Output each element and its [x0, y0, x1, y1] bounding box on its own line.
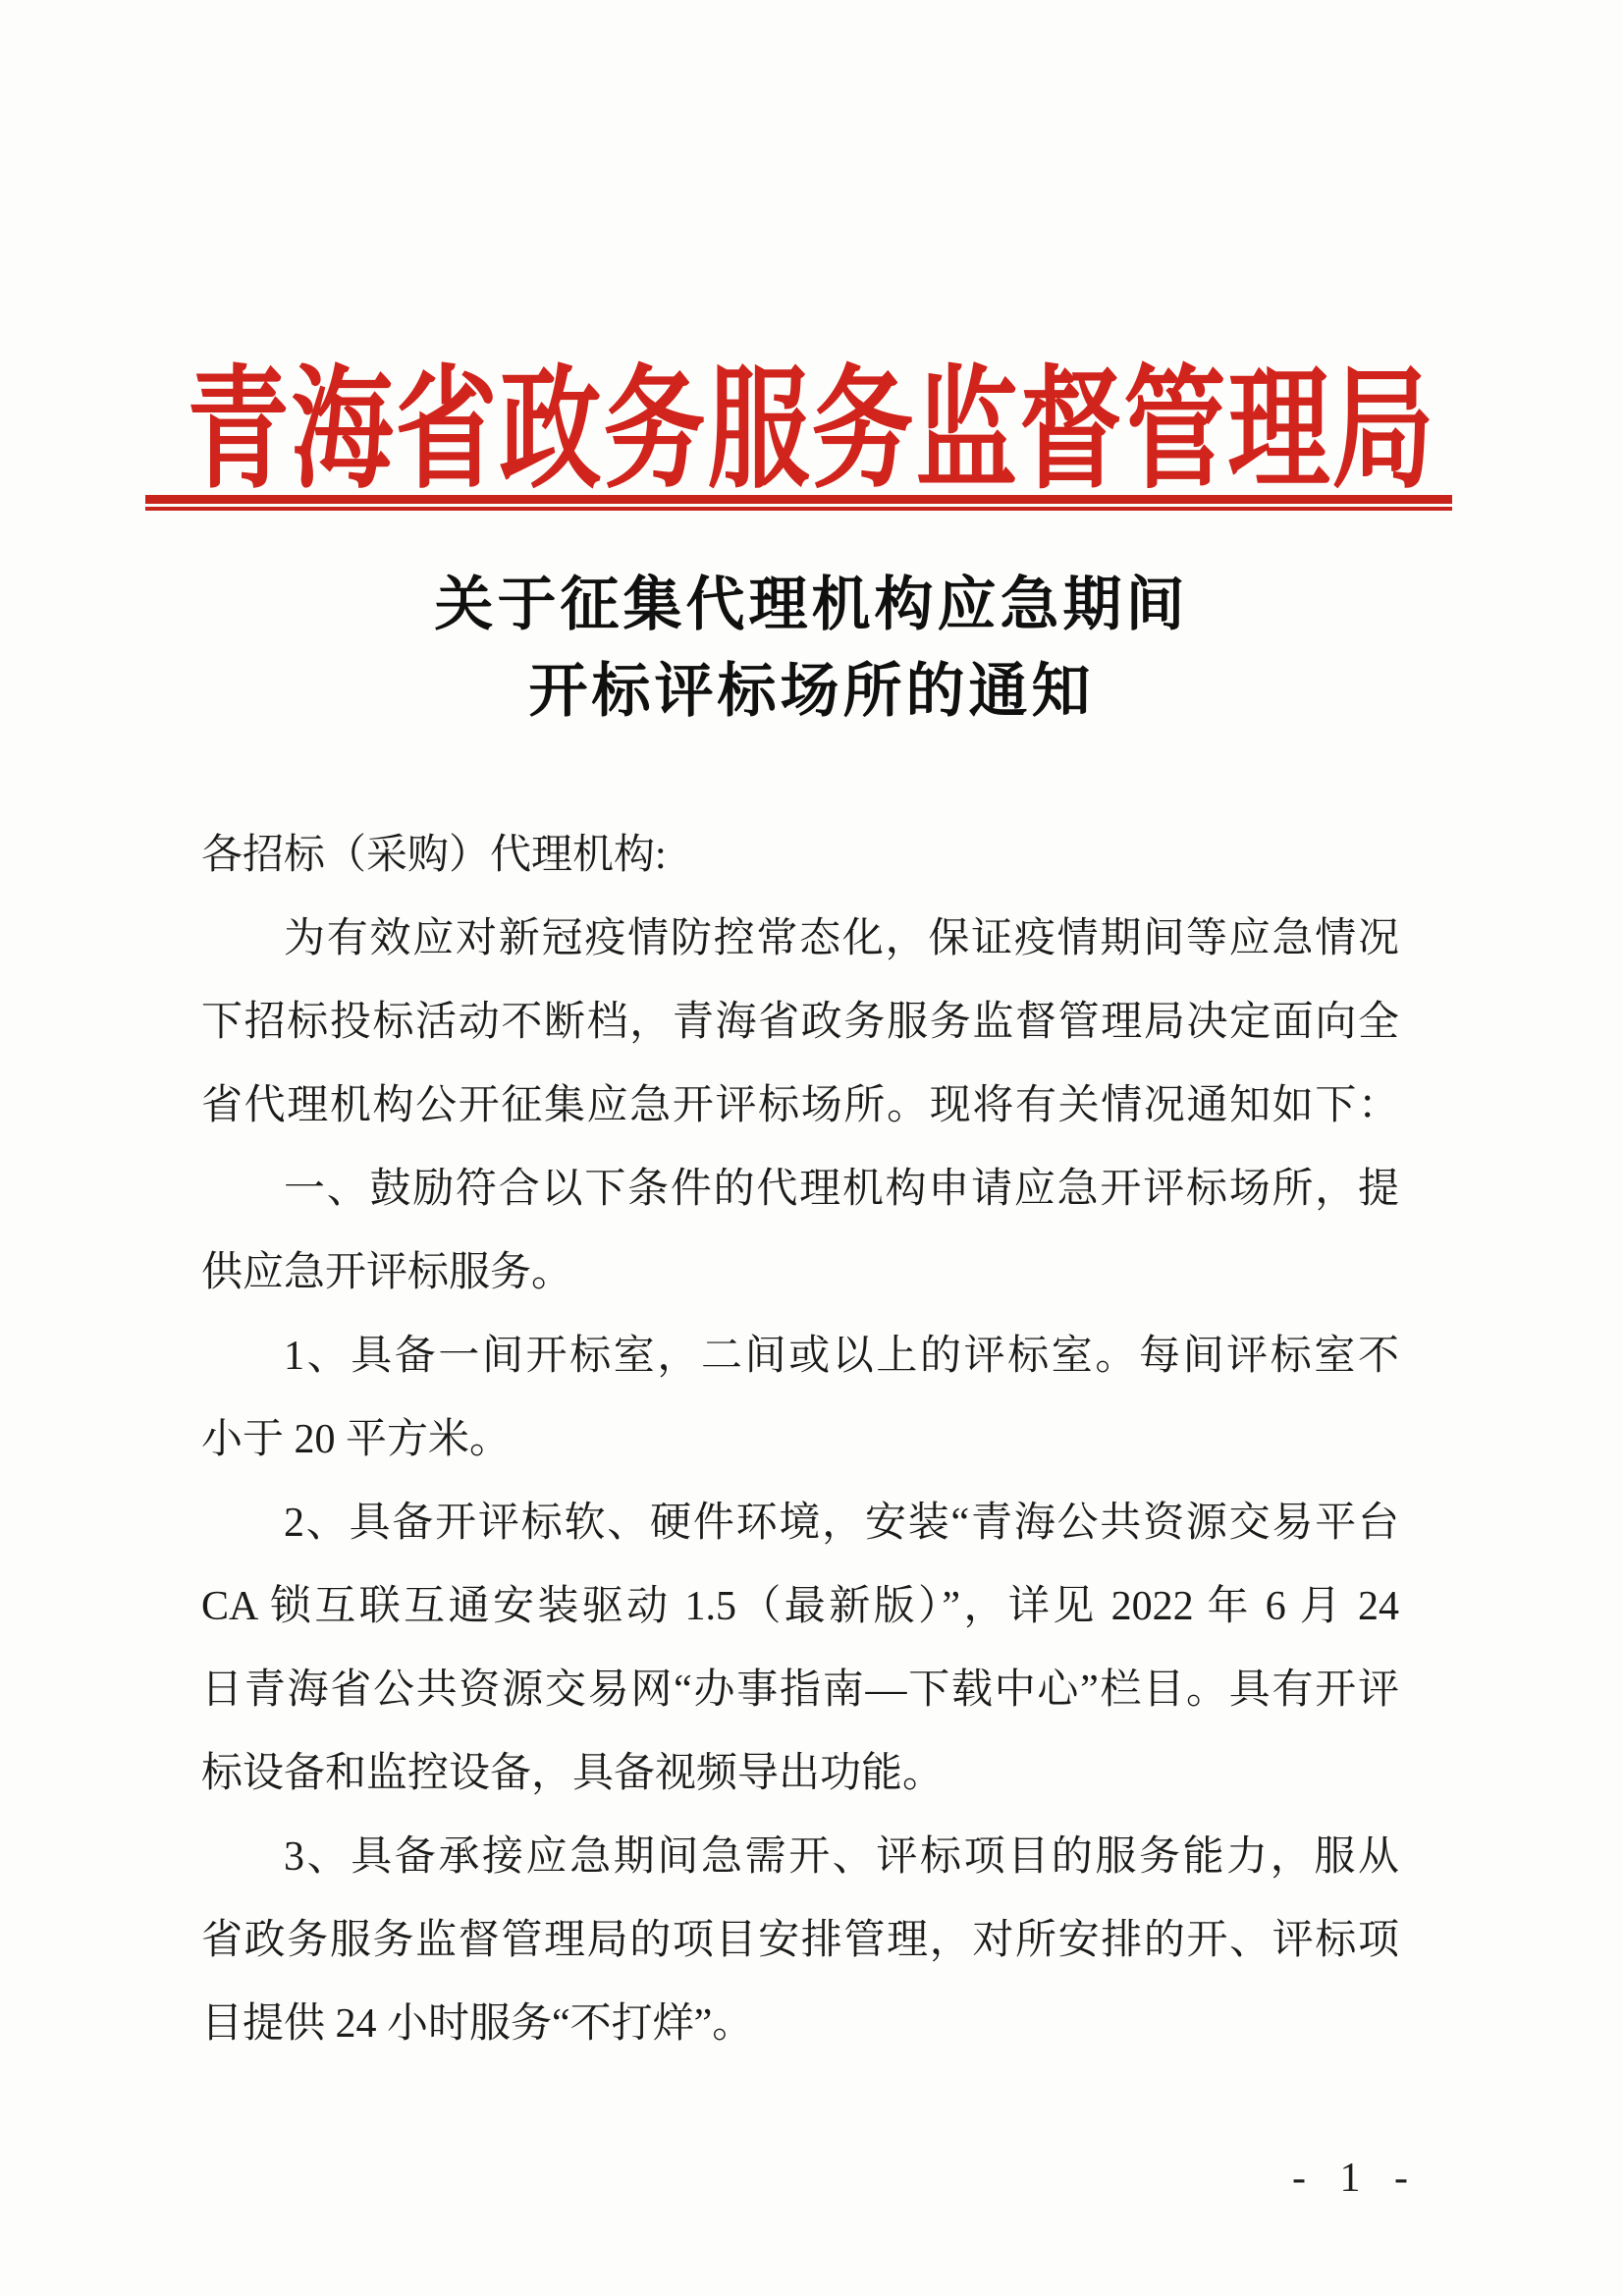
body-line: CA 锁互联互通安装驱动 1.5（最新版）”，详见 2022 年 6 月 24	[201, 1565, 1399, 1649]
document-title-line2: 开标评标场所的通知	[0, 648, 1623, 735]
header-rule	[145, 495, 1452, 511]
body-line: 一、鼓励符合以下条件的代理机构申请应急开评标场所，提	[201, 1148, 1399, 1231]
body-line: 下招标投标活动不断档，青海省政务服务监督管理局决定面向全	[201, 981, 1399, 1065]
header-rule-thick-line	[145, 495, 1452, 504]
body-line: 小于 20 平方米。	[201, 1398, 1399, 1482]
body-line: 2、具备开评标软、硬件环境，安装“青海公共资源交易平台	[201, 1482, 1399, 1565]
body-line: 供应急开评标服务。	[201, 1231, 1399, 1315]
body-line: 标设备和监控设备，具备视频导出功能。	[201, 1732, 1399, 1816]
page-number: - 1 -	[1292, 2155, 1420, 2202]
body-line: 为有效应对新冠疫情防控常态化，保证疫情期间等应急情况	[201, 898, 1399, 981]
document-title-line1: 关于征集代理机构应急期间	[0, 562, 1623, 648]
body-line: 1、具备一间开标室，二间或以上的评标室。每间评标室不	[201, 1315, 1399, 1398]
body-line: 各招标（采购）代理机构:	[201, 814, 1399, 898]
body-line: 省政务服务监督管理局的项目安排管理，对所安排的开、评标项	[201, 1899, 1399, 1983]
body-line: 目提供 24 小时服务“不打烊”。	[201, 1983, 1399, 2066]
document-page: 青海省政务服务监督管理局 关于征集代理机构应急期间 开标评标场所的通知 各招标（…	[0, 0, 1623, 2296]
agency-header-title: 青海省政务服务监督管理局	[0, 322, 1623, 514]
header-rule-thin-line	[145, 507, 1452, 511]
body-line: 3、具备承接应急期间急需开、评标项目的服务能力，服从	[201, 1816, 1399, 1899]
body-line: 日青海省公共资源交易网“办事指南—下载中心”栏目。具有开评	[201, 1649, 1399, 1732]
body-line: 省代理机构公开征集应急开评标场所。现将有关情况通知如下：	[201, 1065, 1399, 1148]
document-title: 关于征集代理机构应急期间 开标评标场所的通知	[0, 562, 1623, 735]
body-text: 各招标（采购）代理机构:为有效应对新冠疫情防控常态化，保证疫情期间等应急情况下招…	[201, 814, 1399, 2066]
